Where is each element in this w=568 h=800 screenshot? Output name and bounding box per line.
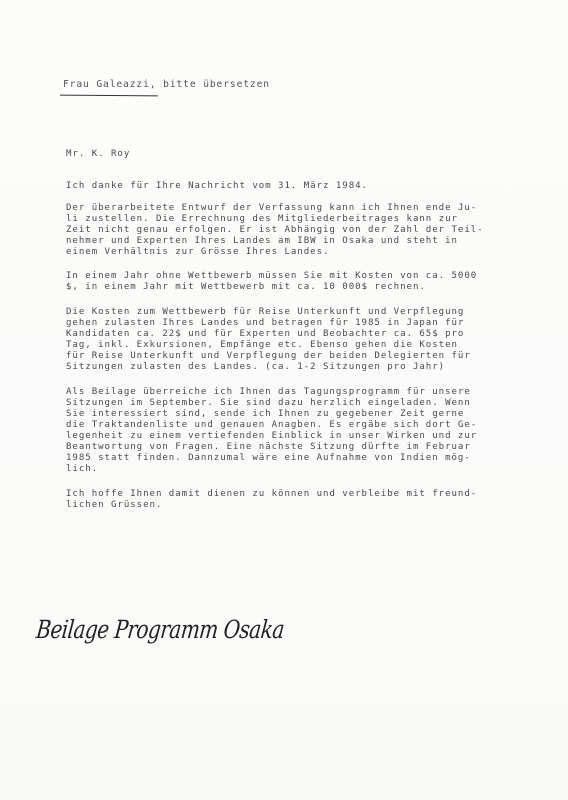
text-line: lichen Grüssen. xyxy=(66,500,477,511)
text-line: die Traktandenliste und genauen Anagben.… xyxy=(66,420,477,431)
text-line: Ich danke für Ihre Nachricht vom 31. Mär… xyxy=(66,181,368,192)
note-underline xyxy=(60,95,158,97)
text-line: In einem Jahr ohne Wettbewerb müssen Sie… xyxy=(66,271,477,282)
text-line: Beantwortung von Fragen. Eine nächste Si… xyxy=(66,442,477,453)
paragraph-constitution: Der überarbeitete Entwurf der Verfassung… xyxy=(66,203,484,258)
text-line: Kandidaten ca. 22$ und für Experten und … xyxy=(66,329,471,340)
text-line: 1985 statt finden. Dannzumal wäre eine A… xyxy=(66,453,477,464)
paragraph-greeting: Ich danke für Ihre Nachricht vom 31. Mär… xyxy=(66,181,368,192)
addressee: Mr. K. Roy xyxy=(66,149,130,160)
text-line: lich. xyxy=(66,464,477,475)
letter-page: Frau Galeazzi, bitte übersetzen Mr. K. R… xyxy=(0,0,568,800)
text-line: Die Kosten zum Wettbewerb für Reise Unte… xyxy=(66,307,471,318)
text-line: Sie interessiert sind, sende ich Ihnen z… xyxy=(66,409,477,420)
handwritten-annotation: Beilage Programm Osaka xyxy=(35,614,286,644)
text-line: Der überarbeitete Entwurf der Verfassung… xyxy=(66,203,484,214)
text-line: einem Verhältnis zur Grösse Ihres Landes… xyxy=(66,247,484,258)
text-line: nehmer und Experten Ihres Landes am IBW … xyxy=(66,236,484,247)
text-line: legenheit zu einem vertiefenden Einblick… xyxy=(66,431,477,442)
paragraph-closing: Ich hoffe Ihnen damit dienen zu können u… xyxy=(66,489,477,511)
text-line: $, in einem Jahr mit Wettbewerb mit ca. … xyxy=(66,282,477,293)
text-line: li zustellen. Die Errechnung des Mitglie… xyxy=(66,214,484,225)
text-line: Zeit nicht genau erfolgen. Er ist Abhäng… xyxy=(66,225,484,236)
paragraph-competition-costs: Die Kosten zum Wettbewerb für Reise Unte… xyxy=(66,307,471,373)
paragraph-costs-per-year: In einem Jahr ohne Wettbewerb müssen Sie… xyxy=(66,271,477,293)
text-line: Als Beilage überreiche ich Ihnen das Tag… xyxy=(66,387,477,398)
text-line: gehen zulasten Ihres Landes und betragen… xyxy=(66,318,471,329)
text-line: für Reise Unterkunft und Verpflegung der… xyxy=(66,351,471,362)
text-line: Sitzungen zulasten des Landes. (ca. 1-2 … xyxy=(66,362,471,373)
text-line: Sitzungen im September. Sie sind dazu he… xyxy=(66,398,477,409)
text-line: Tag, inkl. Exkursionen, Empfänge etc. Eb… xyxy=(66,340,471,351)
text-line: Ich hoffe Ihnen damit dienen zu können u… xyxy=(66,489,477,500)
paragraph-enclosure: Als Beilage überreiche ich Ihnen das Tag… xyxy=(66,387,477,475)
translation-note: Frau Galeazzi, bitte übersetzen xyxy=(63,79,270,90)
